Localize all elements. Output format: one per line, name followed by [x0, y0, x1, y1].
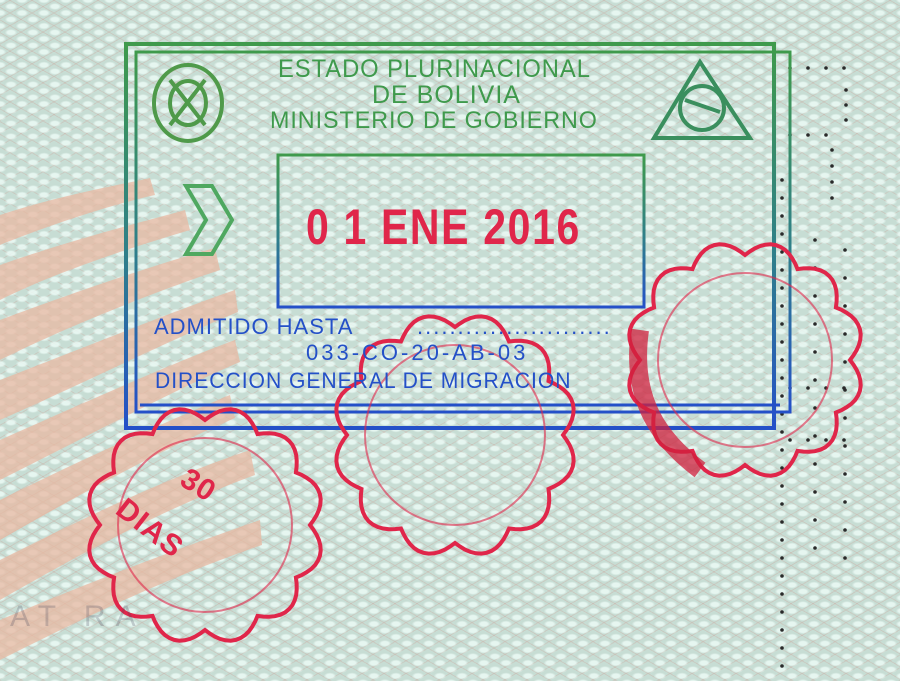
stamp-header-state: ESTADO PLURINACIONAL: [278, 55, 591, 84]
admitted-until-label: ADMITIDO HASTA: [154, 314, 353, 340]
stamp-header-ministry: MINISTERIO DE GOBIERNO: [270, 107, 598, 135]
faint-stamp-text: AT RA: [10, 600, 146, 634]
stamp-authority: DIRECCION GENERAL DE MIGRACION: [155, 368, 571, 394]
admitted-until-blank: ........................: [417, 314, 612, 340]
entry-date: 0 1 ENE 2016: [306, 198, 581, 256]
stamp-code: 033-CO-20-AB-03: [306, 340, 528, 366]
stamp-header-country: DE BOLIVIA: [372, 81, 521, 110]
